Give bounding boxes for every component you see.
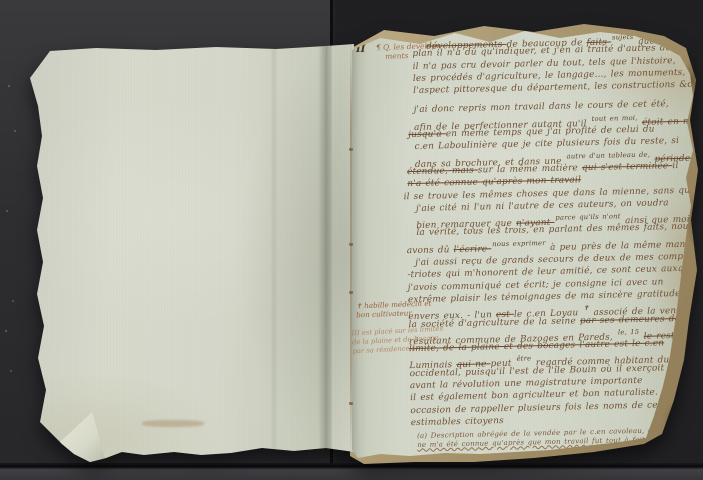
struck-text: par ses demeures des: [580, 313, 685, 325]
paragraph: j'ai donc repris mon travail dans le cou…: [414, 98, 703, 252]
interlinear-insert: tout en moi,: [592, 114, 641, 123]
paper-crease: [270, 44, 278, 464]
center-fold: [350, 40, 352, 456]
binding-stitch: [349, 402, 353, 405]
gutter-crease-shadow: [318, 44, 332, 464]
ink-smudge: [142, 420, 204, 427]
binding-stitch: [349, 243, 353, 246]
corner-fold: [60, 412, 106, 462]
binding-stitch: [349, 148, 353, 151]
margin-note: III est placé sur les limitesde la plain…: [351, 325, 444, 357]
left-page-blank: [26, 44, 354, 464]
margin-note: ✝ habille médecin etbon cultivateur: [356, 299, 432, 320]
manuscript-text: développements de beaucoup de faits suje…: [412, 29, 703, 449]
binding-stitch: [349, 291, 353, 294]
struck-text: l'autre est le c.en: [579, 338, 664, 350]
interlinear-insert: nous exprimer: [492, 239, 549, 248]
handwritten-text: estimables citoyens: [411, 416, 504, 428]
right-page-manuscript: II ¶ Q. les develope-ments développement…: [350, 26, 700, 460]
manuscript-scan: II ¶ Q. les develope-ments développement…: [0, 0, 703, 480]
struck-text: jusqu'à: [408, 129, 446, 140]
handwritten-text: avons dû: [407, 245, 454, 256]
interlinear-insert: être: [516, 355, 534, 363]
open-booklet: II ¶ Q. les develope-ments développement…: [0, 0, 703, 480]
handwritten-text: sur la même matière: [478, 163, 582, 175]
handwritten-text: il: [672, 161, 678, 171]
interlinear-insert: le, 15: [618, 328, 643, 337]
interlinear-insert: parce qu'ils n'ont: [555, 212, 624, 222]
interlinear-insert: autre d'un tableau de,: [566, 150, 653, 160]
struck-text: qui s'est terminée: [582, 161, 673, 173]
struck-text: étendue, mais: [407, 166, 478, 178]
interlinear-insert: ✝: [583, 304, 592, 312]
paper-texture: [26, 44, 354, 464]
struck-text: l'écrire: [454, 244, 492, 255]
